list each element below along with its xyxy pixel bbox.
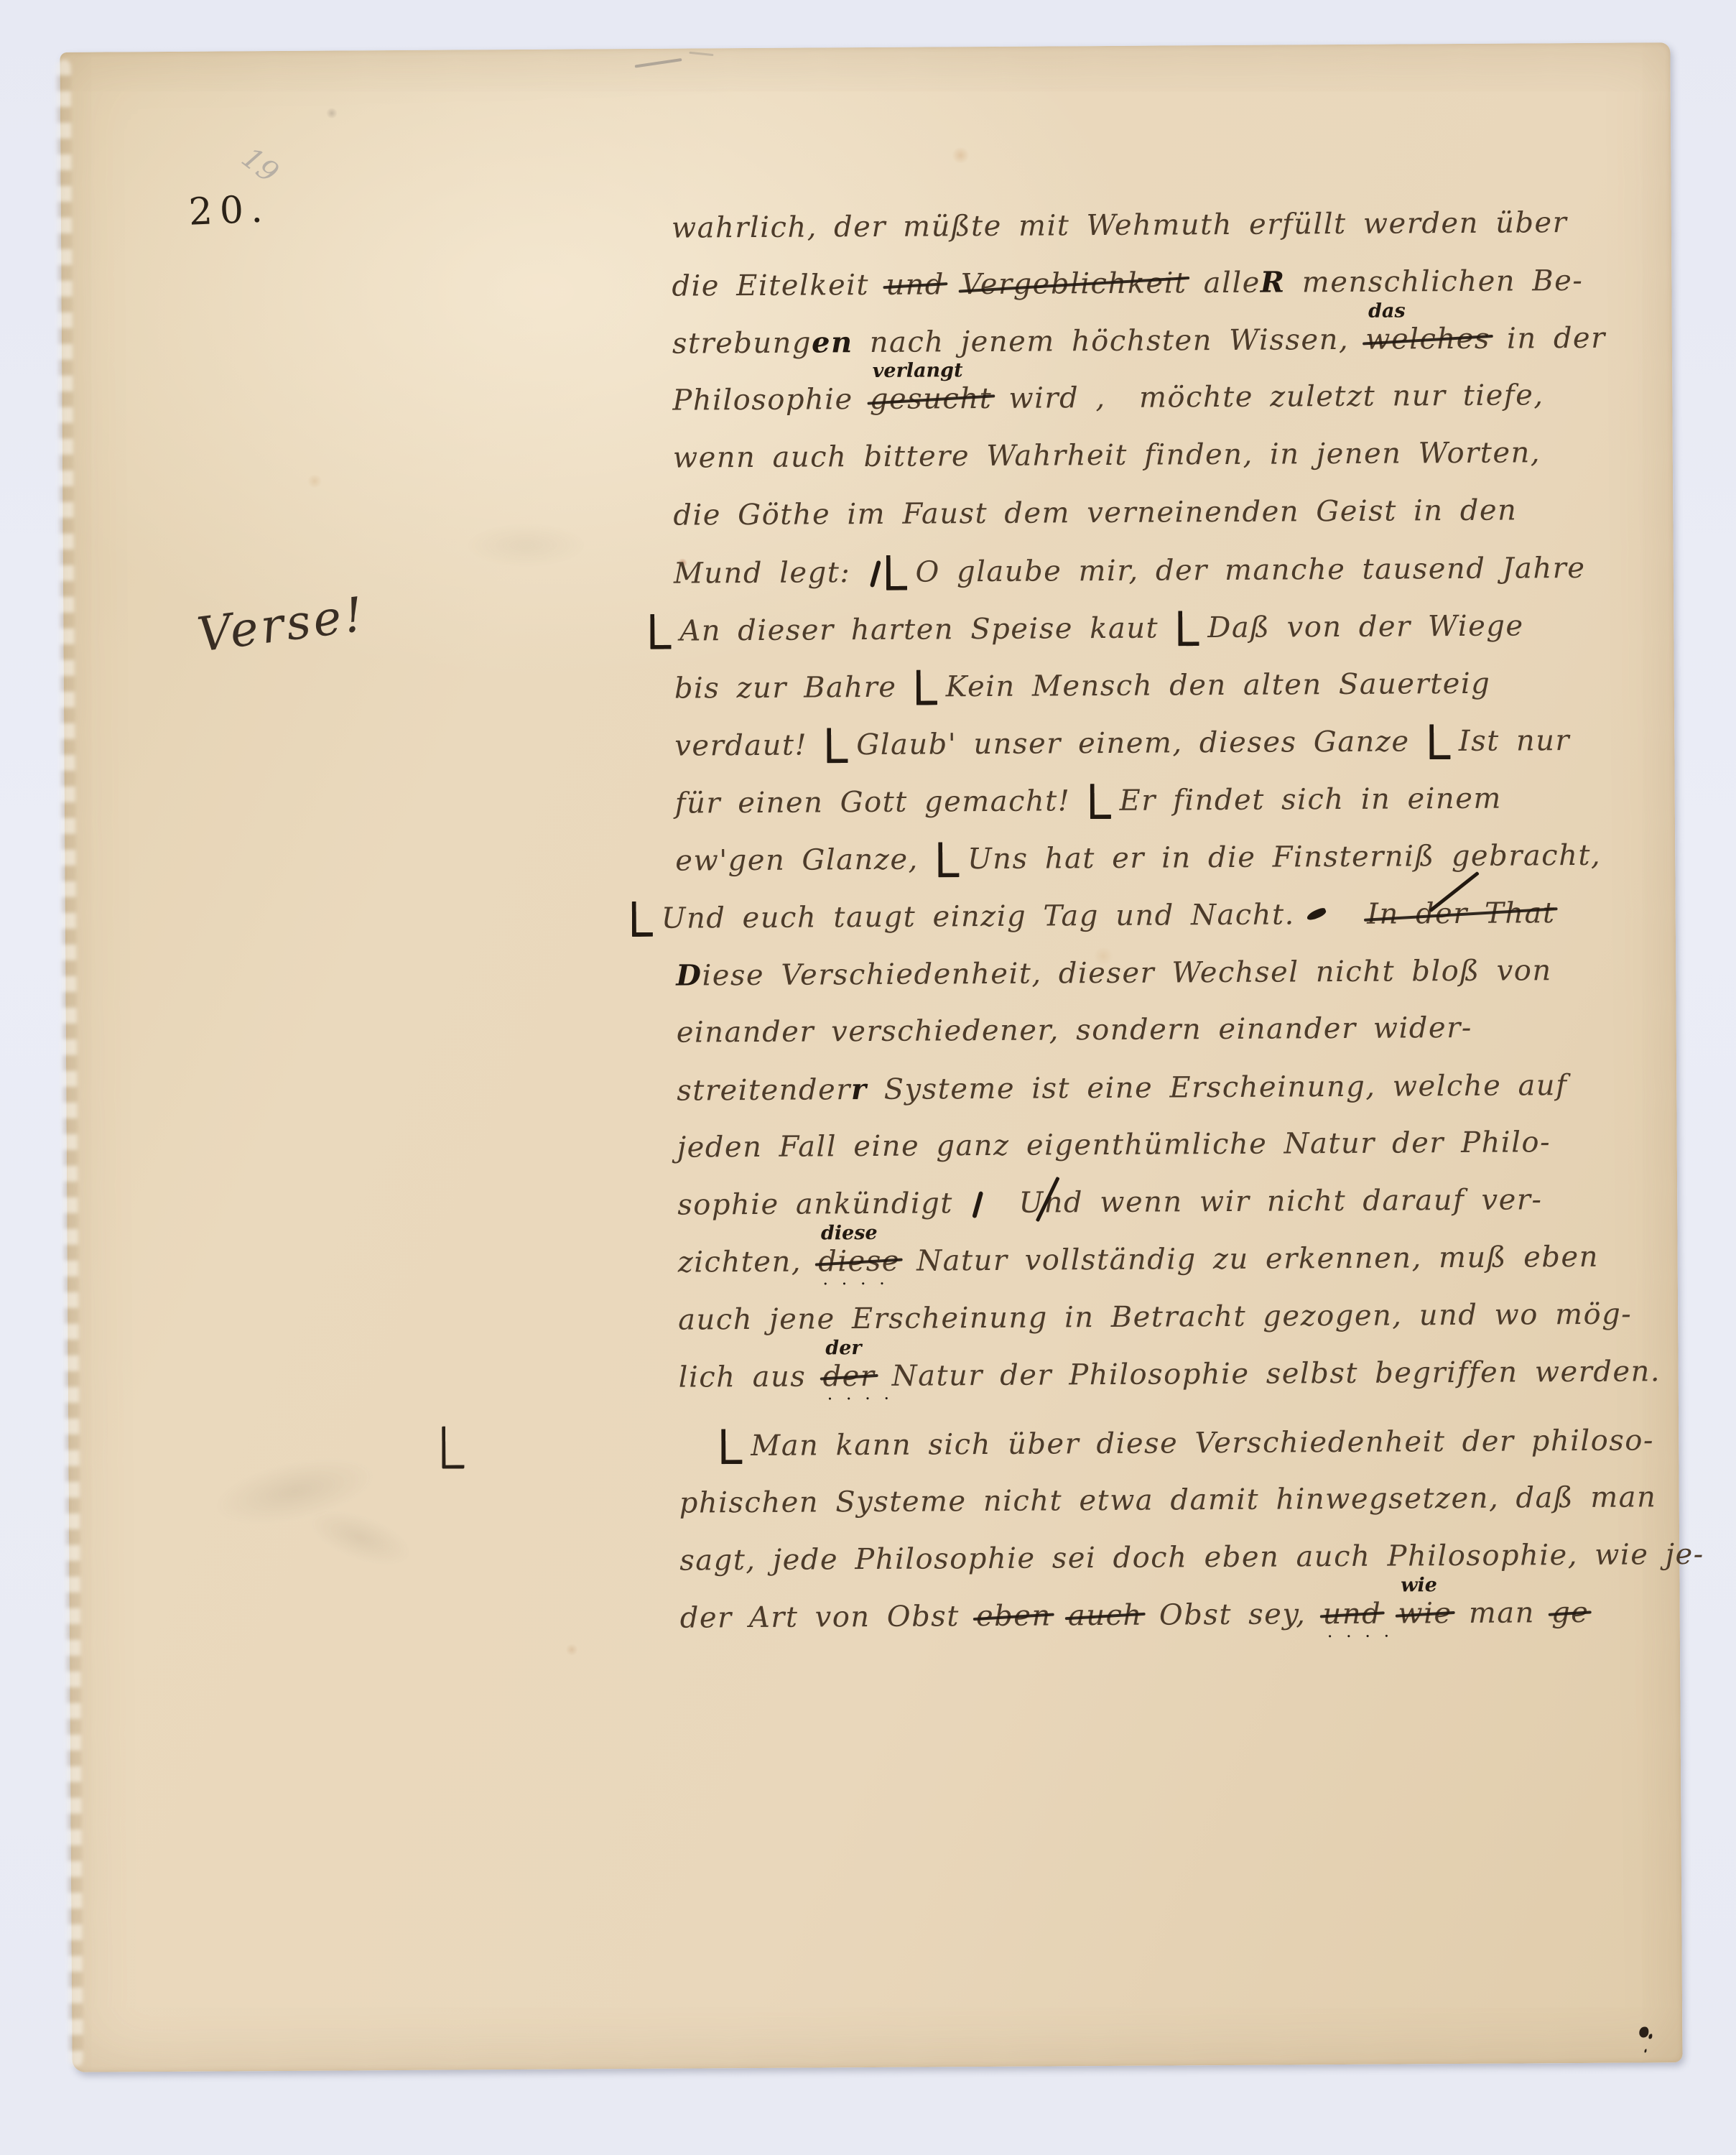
text-segment: wird , möchte zuletzt nur tiefe,	[992, 379, 1544, 415]
manuscript-paper: 20. 19 Verse! wahrlich, der müßte mit We…	[60, 42, 1682, 2072]
correction-ink-segment: en	[812, 325, 853, 359]
text-segment: Ist nur	[1459, 724, 1571, 758]
verse-divider-mark	[938, 842, 959, 877]
manuscript-line: einander verschiedener, sondern einander…	[677, 1011, 1472, 1049]
text-segment: für einen Gott gemacht!	[675, 784, 1087, 820]
text-segment: wenn auch bittere Wahrheit finden, in je…	[673, 436, 1541, 474]
manuscript-line: streitenderr Systeme ist eine Erscheinun…	[677, 1068, 1567, 1108]
text-segment: die Göthe im Faust dem verneinenden Geis…	[673, 493, 1517, 532]
text-segment: sagt, jede Philosophie sei doch eben auc…	[679, 1538, 1704, 1577]
insertion-above: der	[825, 1338, 861, 1358]
manuscript-text-block: wahrlich, der müßte mit Wehmuth erfüllt …	[60, 42, 1682, 2072]
manuscript-line: bis zur Bahre Kein Mensch den alten Saue…	[674, 667, 1491, 707]
text-segment: jeden Fall eine ganz eigenthümliche Natu…	[677, 1126, 1551, 1164]
text-segment	[1381, 1598, 1398, 1631]
strikethrough-segment: ge	[1551, 1596, 1589, 1629]
verse-divider-mark	[916, 669, 937, 705]
text-segment: Glaub' unser einem, dieses Ganze	[856, 725, 1426, 761]
strikethrough-segment: Vergeblichkeit	[961, 267, 1187, 301]
verse-divider-mark	[650, 614, 671, 649]
text-segment: Man kann sich über diese Verschiedenheit…	[751, 1424, 1654, 1463]
text-segment: wahrlich, der müßte mit Wehmuth erfüllt …	[672, 206, 1568, 245]
strikethrough-segment: eben	[976, 1599, 1052, 1633]
manuscript-line: strebungen nach jenem höchsten Wissen, w…	[672, 321, 1606, 361]
text-segment: man	[1452, 1596, 1552, 1630]
manuscript-line: lich aus derder Natur der Philosophie se…	[679, 1355, 1661, 1394]
ink-fleck	[1306, 907, 1327, 922]
text-segment: Daß von der Wiege	[1207, 609, 1524, 644]
text-segment	[1334, 898, 1368, 931]
text-segment: Philosophie	[672, 383, 870, 417]
text-segment: alle	[1187, 267, 1261, 300]
manuscript-line: auch jene Erscheinung in Betracht gezoge…	[678, 1298, 1632, 1337]
correction-ink-segment: r	[851, 1072, 868, 1106]
verse-divider-mark	[1429, 724, 1450, 759]
text-segment: ew'gen Glanze,	[675, 843, 935, 877]
manuscript-line: sagt, jede Philosophie sei doch eben auc…	[679, 1538, 1704, 1577]
verse-divider-mark	[1090, 784, 1110, 819]
text-segment: Und euch taugt einzig Tag und Nacht.	[662, 898, 1295, 935]
text-segment: in der	[1490, 322, 1606, 356]
text-segment: zichten,	[678, 1245, 819, 1279]
text-segment: Natur vollständig zu erkennen, muß eben	[900, 1241, 1599, 1278]
manuscript-line: Und euch taugt einzig Tag und Nacht. In …	[629, 896, 1556, 937]
text-segment: strebung	[672, 326, 812, 360]
manuscript-line: wahrlich, der müßte mit Wehmuth erfüllt …	[672, 206, 1568, 245]
manuscript-line: die Göthe im Faust dem verneinenden Geis…	[673, 493, 1517, 532]
manuscript-line: die Eitelkeit und Vergeblichkeit alleR m…	[672, 264, 1583, 303]
text-segment: bis zur Bahre	[674, 671, 914, 705]
strikethrough-segment: wiewie	[1398, 1597, 1452, 1630]
text-segment: auch jene Erscheinung in Betracht gezoge…	[678, 1298, 1632, 1337]
scan-background: { "page": { "palette": { "scan_bg": "#e9…	[0, 0, 1736, 2155]
strikethrough-segment: und	[1322, 1598, 1381, 1631]
text-segment	[944, 268, 961, 301]
text-segment: nach jenem höchsten Wissen,	[853, 323, 1365, 359]
verse-divider-mark	[632, 902, 653, 937]
strikethrough-segment: und	[886, 268, 944, 301]
manuscript-line: verdaut! Glaub' unser einem, dieses Ganz…	[674, 723, 1570, 764]
strikethrough-segment: diesediese	[818, 1245, 900, 1279]
manuscript-line: wenn auch bittere Wahrheit finden, in je…	[673, 436, 1541, 474]
text-segment	[1052, 1599, 1068, 1632]
text-segment: phischen Systeme nicht etwa damit hinweg…	[679, 1480, 1657, 1519]
text-segment: streitender	[677, 1073, 851, 1107]
manuscript-line: für einen Gott gemacht! Er findet sich i…	[675, 782, 1502, 822]
manuscript-line: jeden Fall eine ganz eigenthümliche Natu…	[677, 1126, 1551, 1164]
insertion-above: wie	[1401, 1575, 1437, 1595]
insertion-above: diese	[821, 1223, 878, 1243]
verse-divider-mark	[827, 728, 848, 763]
verse-divider-mark	[1178, 611, 1199, 646]
verse-divider-mark	[886, 555, 906, 590]
insertion-caret-mark	[870, 560, 881, 588]
insertion-above: das	[1368, 301, 1406, 320]
strikethrough-segment: derder	[822, 1360, 875, 1393]
text-segment: Systeme ist eine Erscheinung, welche auf	[867, 1069, 1567, 1106]
strikethrough-segment: In der That	[1367, 896, 1556, 931]
text-segment	[985, 1187, 1019, 1220]
text-segment: einander verschiedener, sondern einander…	[677, 1011, 1472, 1049]
insertion-above: verlangt	[873, 361, 963, 381]
correction-ink-segment: D	[676, 958, 702, 992]
text-segment: die Eitelkeit	[672, 269, 886, 303]
manuscript-line: Mund legt: O glaube mir, der manche taus…	[674, 551, 1586, 592]
verse-divider-mark	[721, 1429, 742, 1464]
text-segment: Er findet sich in einem	[1119, 782, 1502, 817]
text-segment: Mund legt:	[674, 556, 868, 590]
text-segment: iese Verschiedenheit, dieser Wechsel nic…	[702, 954, 1551, 992]
insertion-caret-mark	[972, 1191, 983, 1218]
text-segment: wenn wir nicht darauf ver-	[1083, 1183, 1543, 1219]
manuscript-line: ew'gen Glanze, Uns hat er in die Finster…	[675, 838, 1601, 879]
text-segment: O glaube mir, der manche tausend Jahre	[915, 552, 1585, 589]
manuscript-line: Man kann sich über diese Verschiedenheit…	[718, 1423, 1654, 1464]
text-segment: Obst sey,	[1143, 1598, 1323, 1632]
manuscript-line: Philosophie gesuchtverlangt wird , möcht…	[672, 379, 1544, 417]
text-segment: An dieser harten Speise kaut	[679, 611, 1175, 647]
text-segment: Natur der Philosophie selbst begriffen w…	[875, 1355, 1661, 1393]
text-segment: sophie ankündigt	[677, 1187, 970, 1221]
manuscript-line: zichten, diesediese Natur vollständig zu…	[678, 1241, 1599, 1279]
strikethrough-segment: auch	[1068, 1599, 1143, 1633]
manuscript-line: der Art von Obst eben auch Obst sey, und…	[680, 1596, 1589, 1635]
manuscript-line: sophie ankündigt Und wenn wir nicht dara…	[677, 1183, 1542, 1221]
text-segment: Uns hat er in die Finsterniß gebracht,	[967, 839, 1601, 876]
text-segment: der Art von Obst	[680, 1600, 977, 1635]
correction-ink-segment: R	[1261, 265, 1286, 299]
text-segment: lich aus	[679, 1360, 823, 1394]
manuscript-line: phischen Systeme nicht etwa damit hinweg…	[679, 1480, 1657, 1519]
correction-stroke-segment: Und	[1018, 1186, 1083, 1220]
text-segment: verdaut!	[674, 728, 824, 762]
text-segment: menschlichen Be-	[1285, 264, 1583, 300]
strikethrough-segment: gesuchtverlangt	[870, 382, 993, 416]
manuscript-line: An dieser harten Speise kaut Daß von der…	[647, 608, 1524, 649]
text-segment: Kein Mensch den alten Sauerteig	[946, 667, 1491, 704]
strikethrough-segment: welchesdas	[1365, 323, 1490, 356]
manuscript-line: Diese Verschiedenheit, dieser Wechsel ni…	[676, 953, 1552, 992]
